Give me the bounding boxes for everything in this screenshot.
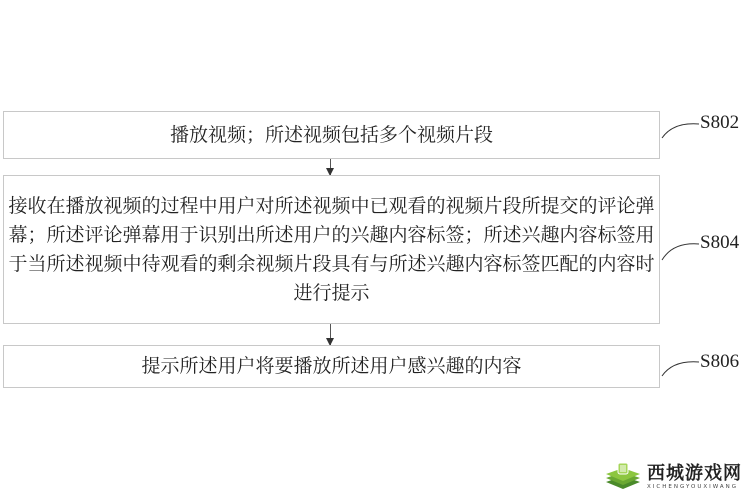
- watermark-title: 西城游戏网: [647, 464, 742, 484]
- step-box-s804: 接收在播放视频的过程中用户对所述视频中已观看的视频片段所提交的评论弹幕；所述评论…: [3, 175, 660, 324]
- watermark-logo-icon: [605, 462, 641, 492]
- flow-arrow-1: [330, 159, 331, 175]
- step-label-s802: S802: [700, 112, 739, 134]
- leader-curve-s804: [661, 236, 701, 264]
- step-text-s806: 提示所述用户将要播放所述用户感兴趣的内容: [141, 352, 521, 381]
- watermark-subtitle: XICHENGYOUXIWANG: [647, 484, 742, 490]
- flow-arrow-2: [330, 324, 331, 345]
- step-box-s806: 提示所述用户将要播放所述用户感兴趣的内容: [3, 345, 660, 388]
- step-label-s806: S806: [700, 351, 739, 373]
- step-text-s804: 接收在播放视频的过程中用户对所述视频中已观看的视频片段所提交的评论弹幕；所述评论…: [8, 192, 655, 308]
- step-text-s802: 播放视频；所述视频包括多个视频片段: [170, 121, 493, 150]
- leader-curve-s802: [661, 118, 701, 142]
- step-box-s802: 播放视频；所述视频包括多个视频片段: [3, 111, 660, 159]
- step-label-s804: S804: [700, 232, 739, 254]
- watermark: 西城游戏网 XICHENGYOUXIWANG: [605, 462, 742, 492]
- leader-curve-s806: [661, 356, 701, 380]
